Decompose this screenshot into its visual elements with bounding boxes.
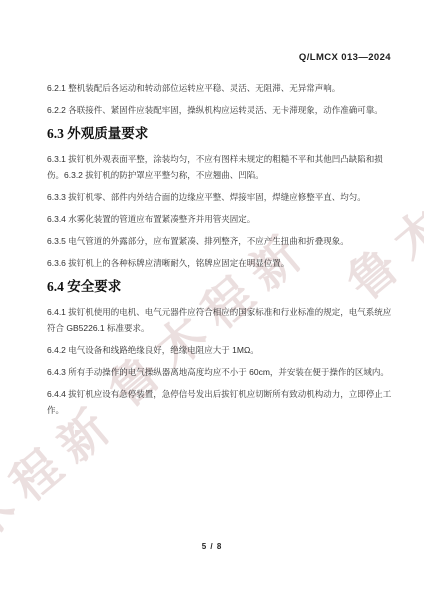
clause-6-4-3: 6.4.3 所有手动操作的电气操纵器离地高度均应不小于 60cm，并安装在便于操… — [47, 364, 392, 380]
clause-6-2-2: 6.2.2 各联接件、紧固件应装配牢固，操纵机构应运转灵活、无卡滞现象，动作准确… — [47, 102, 392, 118]
clause-6-4-1: 6.4.1 拔钉机使用的电机、电气元器件应符合相应的国家标准和行业标准的规定，电… — [47, 304, 392, 336]
clause-6-3-6: 6.3.6 拔钉机上的各种标牌应清晰耐久，铭牌应固定在明显位置。 — [47, 255, 392, 271]
clause-6-4-2: 6.4.2 电气设备和线路绝缘良好，绝缘电阻应大于 1MΩ。 — [47, 342, 392, 358]
section-heading-6-4: 6.4 安全要求 — [47, 277, 392, 297]
clause-6-3-4: 6.3.4 水雾化装置的管道应布置紧凑整齐并用管夹固定。 — [47, 211, 392, 227]
clause-6-3-5: 6.3.5 电气管道的外露部分，应布置紧凑、排列整齐，不应产生扭曲和折叠现象。 — [47, 233, 392, 249]
clause-6-2-1: 6.2.1 整机装配后各运动和转动部位运转应平稳、灵活、无阻滞、无异常声响。 — [47, 80, 392, 96]
section-heading-6-3: 6.3 外观质量要求 — [47, 124, 392, 144]
clause-6-3-3: 6.3.3 拔钉机零、部件内外结合面的边缘应平整、焊接牢固，焊缝应修整平直、均匀… — [47, 189, 392, 205]
page-number: 5 / 8 — [0, 542, 424, 551]
standard-number-header: Q/LMCX 013—2024 — [299, 52, 391, 63]
clause-6-4-4: 6.4.4 拔钉机应设有急停装置，急停信号发出后拔钉机应切断所有致动机构动力，立… — [47, 386, 392, 418]
document-body: 6.2.1 整机装配后各运动和转动部位运转应平稳、灵活、无阻滞、无异常声响。 6… — [47, 80, 392, 424]
clause-6-3-1-6-3-2: 6.3.1 拔钉机外观表面平整，涂装均匀，不应有图样未规定的粗糙不平和其他凹凸缺… — [47, 151, 392, 183]
document-page: 鲁木程新 鲁木程新 鲁木程新 Q/LMCX 013—2024 6.2.1 整机装… — [0, 0, 424, 600]
